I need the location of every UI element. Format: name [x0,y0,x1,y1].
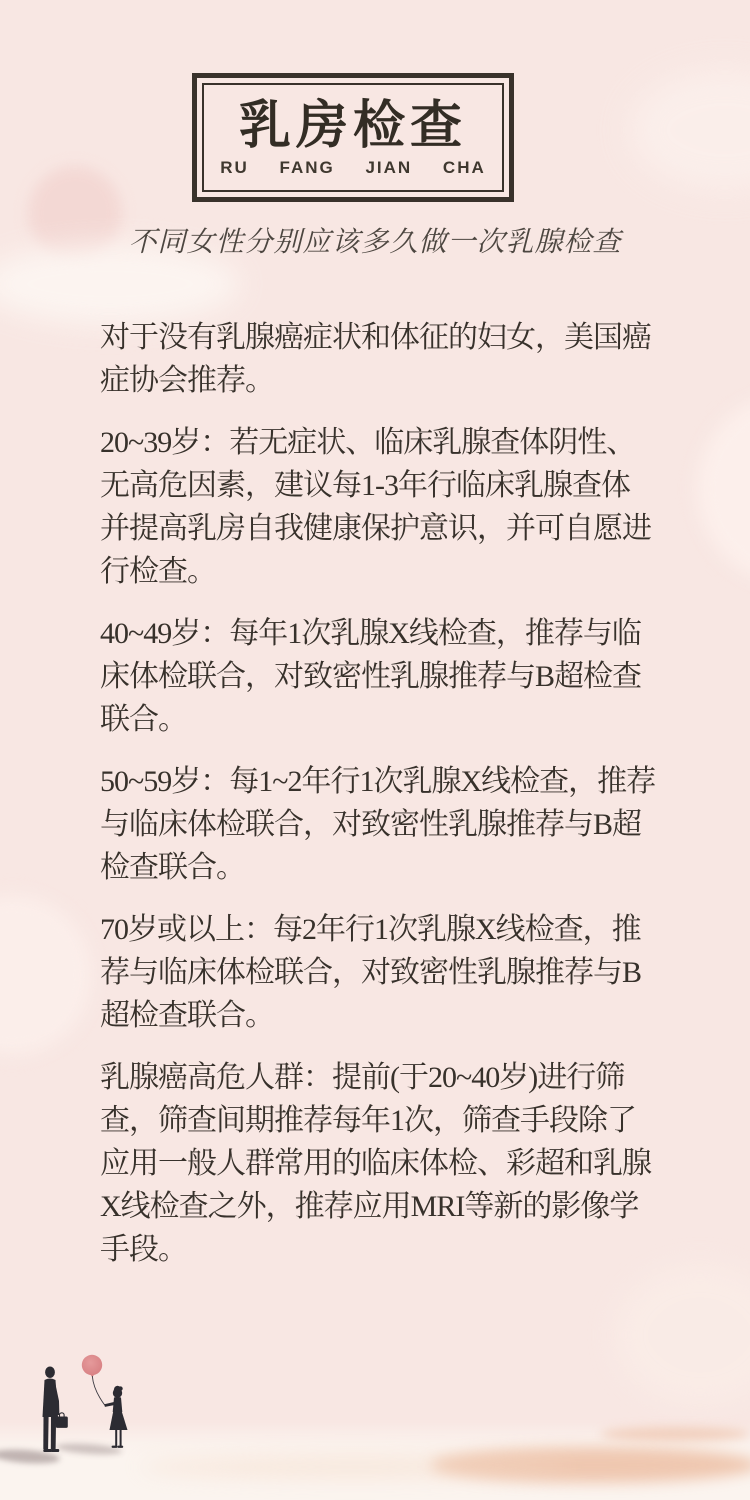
title-frame-inner: 乳房检查 RU FANG JIAN CHA [202,83,504,192]
balloon-icon [82,1355,105,1406]
paragraph-age-40-49: 40~49岁：每年1次乳腺X线检查，推荐与临床体检联合，对致密性乳腺推荐与B超检… [100,612,656,741]
silhouette-illustration [14,1345,144,1460]
title-frame: 乳房检查 RU FANG JIAN CHA [192,73,514,202]
decor-top-right-wash [630,70,750,190]
paragraph-age-50-59: 50~59岁：每1~2年行1次乳腺X线检查，推荐与临床体检联合，对致密性乳腺推荐… [100,760,656,889]
poster: 乳房检查 RU FANG JIAN CHA 不同女性分别应该多久做一次乳腺检查 … [0,0,750,1500]
body-text: 对于没有乳腺癌症状和体征的妇女，美国癌症协会推荐。 20~39岁：若无症状、临床… [100,316,656,1290]
man-silhouette [43,1367,68,1453]
paragraph-age-20-39: 20~39岁：若无症状、临床乳腺查体阴性、无高危因素，建议每1-3年行临床乳腺查… [100,421,656,593]
paragraph-high-risk: 乳腺癌高危人群：提前(于20~40岁)进行筛查，筛查间期推荐每年1次，筛查手段除… [100,1056,656,1271]
decor-left-circle [0,895,92,1055]
poster-subtitle: 不同女性分别应该多久做一次乳腺检查 [0,220,750,260]
paragraph-intro: 对于没有乳腺癌症状和体征的妇女，美国癌症协会推荐。 [100,316,656,402]
girl-silhouette [104,1386,127,1448]
poster-title-pinyin: RU FANG JIAN CHA [220,158,486,178]
poster-title: 乳房检查 [239,99,467,154]
paragraph-age-70-plus: 70岁或以上：每2年行1次乳腺X线检查，推荐与临床体检联合，对致密性乳腺推荐与B… [100,908,656,1037]
decor-right-circle [697,393,750,585]
